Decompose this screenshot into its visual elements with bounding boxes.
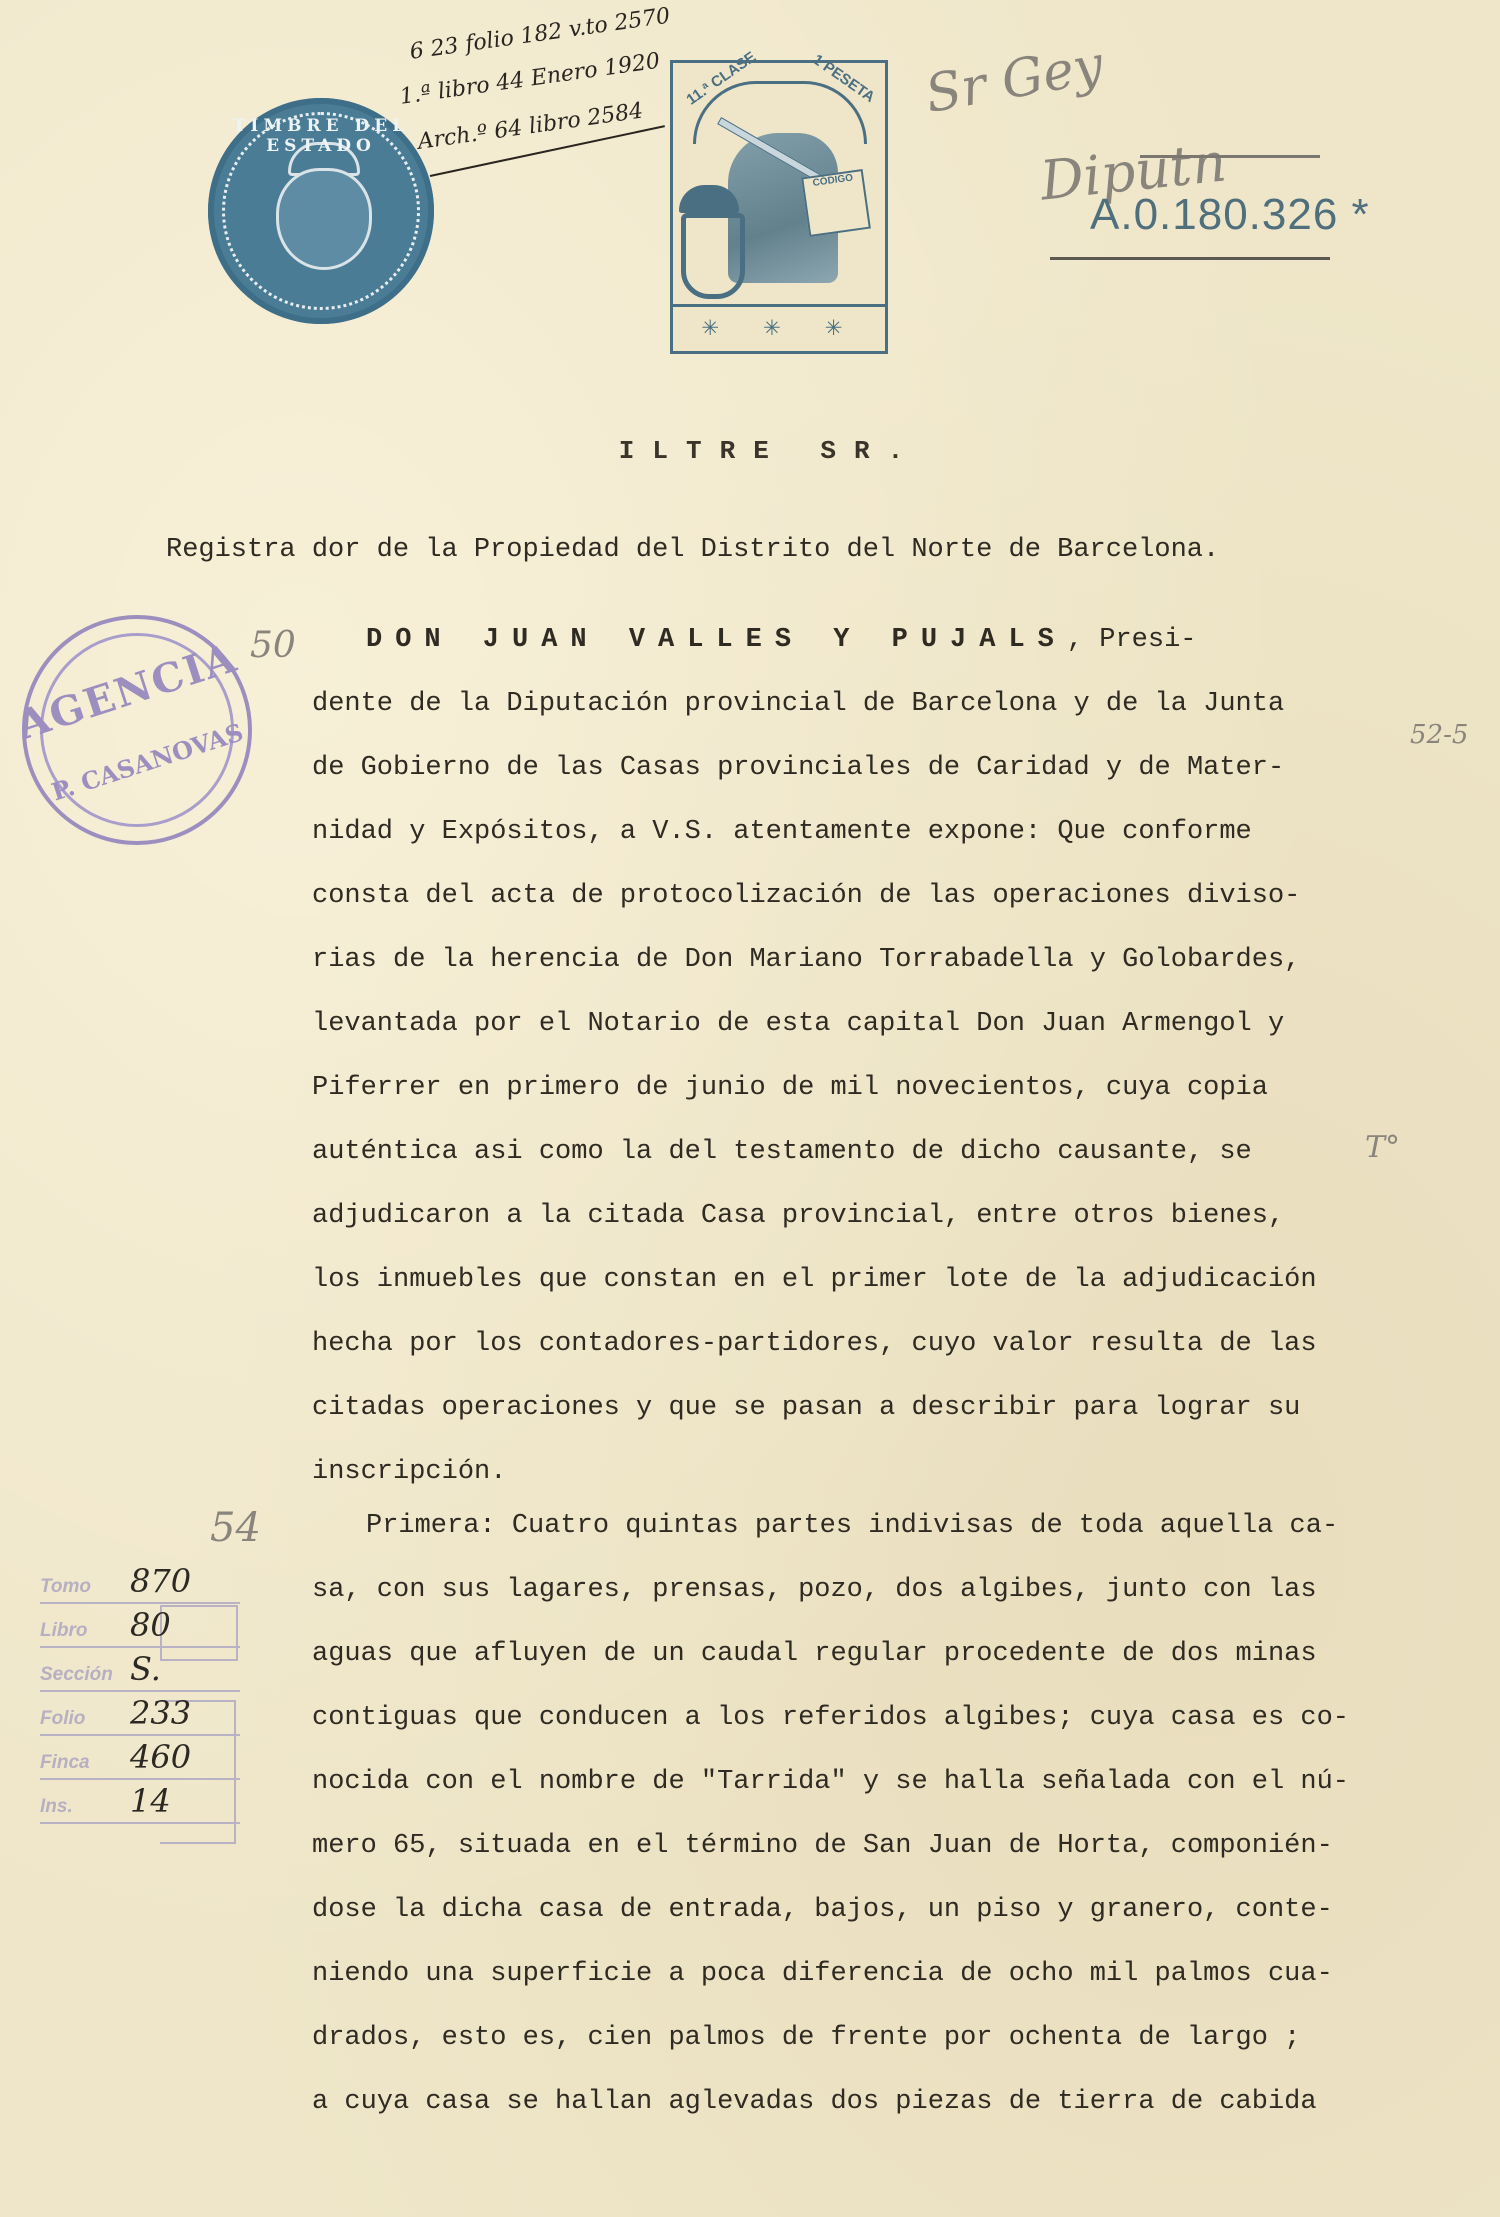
paragraph-1-line: Piferrer en primero de junio de mil nove… xyxy=(312,1073,1268,1103)
paragraph-2-line: sa, con sus lagares, prensas, pozo, dos … xyxy=(312,1575,1317,1605)
revenue-stamp: 11.ª CLASE 1 PESETA CÓDIGO ✳ ✳ ✳ xyxy=(670,60,888,354)
paragraph-2-line: a cuya casa se hallan aglevadas dos piez… xyxy=(312,2087,1317,2117)
paragraph-1-line: los inmuebles que constan en el primer l… xyxy=(312,1265,1317,1295)
pencil-underline xyxy=(1140,155,1320,158)
paragraph-1-line: adjudicaron a la citada Casa provincial,… xyxy=(312,1201,1284,1231)
registry-row-finca: Finca 460 xyxy=(40,1736,240,1780)
margin-number-2: 54 xyxy=(210,1505,261,1551)
paragraph-1-line: dente de la Diputación provincial de Bar… xyxy=(312,689,1284,719)
pencil-note-1: Sr Gey xyxy=(921,35,1107,125)
paragraph-1-line: inscripción. xyxy=(312,1457,506,1487)
agencia-stamp: AGENCIA P. CASANOVAS xyxy=(0,585,282,875)
paragraph-1-line: de Gobierno de las Casas provinciales de… xyxy=(312,753,1284,783)
paragraph-2-line: aguas que afluyen de un caudal regular p… xyxy=(312,1639,1317,1669)
handwritten-note-3: Arch.º 64 libro 2584 xyxy=(416,99,644,155)
stamp-ornament-band: ✳ ✳ ✳ xyxy=(673,304,885,351)
paragraph-2-line: drados, esto es, cien palmos de frente p… xyxy=(312,2023,1300,2053)
petitioner-name: DON JUAN VALLES Y PUJALS xyxy=(366,625,1067,655)
addressee: Registra dor de la Propiedad del Distrit… xyxy=(166,535,1219,565)
paragraph-1-line-0: DON JUAN VALLES Y PUJALS, Presi- xyxy=(366,625,1197,655)
paragraph-1-line: consta del acta de protocolización de la… xyxy=(312,881,1300,911)
registry-box: Tomo 870 Libro 80 Sección S. Folio 233 F… xyxy=(40,1560,240,1824)
paragraph-2-line: contiguas que conducen a los referidos a… xyxy=(312,1703,1349,1733)
margin-number-1: 50 xyxy=(250,625,296,666)
registry-row-inscripcion: Ins. 14 xyxy=(40,1780,240,1824)
paragraph-2-line: mero 65, situada en el término de San Ju… xyxy=(312,1831,1333,1861)
registry-row-libro: Libro 80 xyxy=(40,1604,240,1648)
margin-note-right: 52-5 xyxy=(1410,720,1468,750)
coat-of-arms-icon xyxy=(276,168,372,270)
document-title: ILTRE SR. xyxy=(0,436,1500,466)
paragraph-2-line: niendo una superficie a poca diferencia … xyxy=(312,1959,1333,1989)
registry-row-seccion: Sección S. xyxy=(40,1648,240,1692)
shield-icon xyxy=(681,213,745,299)
paragraph-1-line: auténtica asi como la del testamento de … xyxy=(312,1137,1252,1167)
serial-underline xyxy=(1050,257,1330,260)
paragraph-1-line: rias de la herencia de Don Mariano Torra… xyxy=(312,945,1300,975)
registry-row-folio: Folio 233 xyxy=(40,1692,240,1736)
codigo-book-label: CÓDIGO xyxy=(801,169,871,237)
paragraph-1-line: hecha por los contadores-partidores, cuy… xyxy=(312,1329,1317,1359)
seal-text: TIMBRE DEL ESTADO xyxy=(208,116,434,156)
paragraph-2-line: Primera: Cuatro quintas partes indivisas… xyxy=(366,1511,1338,1541)
paragraph-2-line: dose la dicha casa de entrada, bajos, un… xyxy=(312,1895,1333,1925)
timbre-del-estado-seal: TIMBRE DEL ESTADO xyxy=(208,98,434,324)
paragraph-2-line: nocida con el nombre de "Tarrida" y se h… xyxy=(312,1767,1349,1797)
paragraph-1-line: nidad y Expósitos, a V.S. atentamente ex… xyxy=(312,817,1252,847)
paragraph-1-line: citadas operaciones y que se pasan a des… xyxy=(312,1393,1300,1423)
paragraph-1-line: levantada por el Notario de esta capital… xyxy=(312,1009,1284,1039)
serial-number: A.0.180.326 * xyxy=(1090,190,1370,240)
margin-mark: T° xyxy=(1365,1130,1400,1165)
registry-row-tomo: Tomo 870 xyxy=(40,1560,240,1604)
